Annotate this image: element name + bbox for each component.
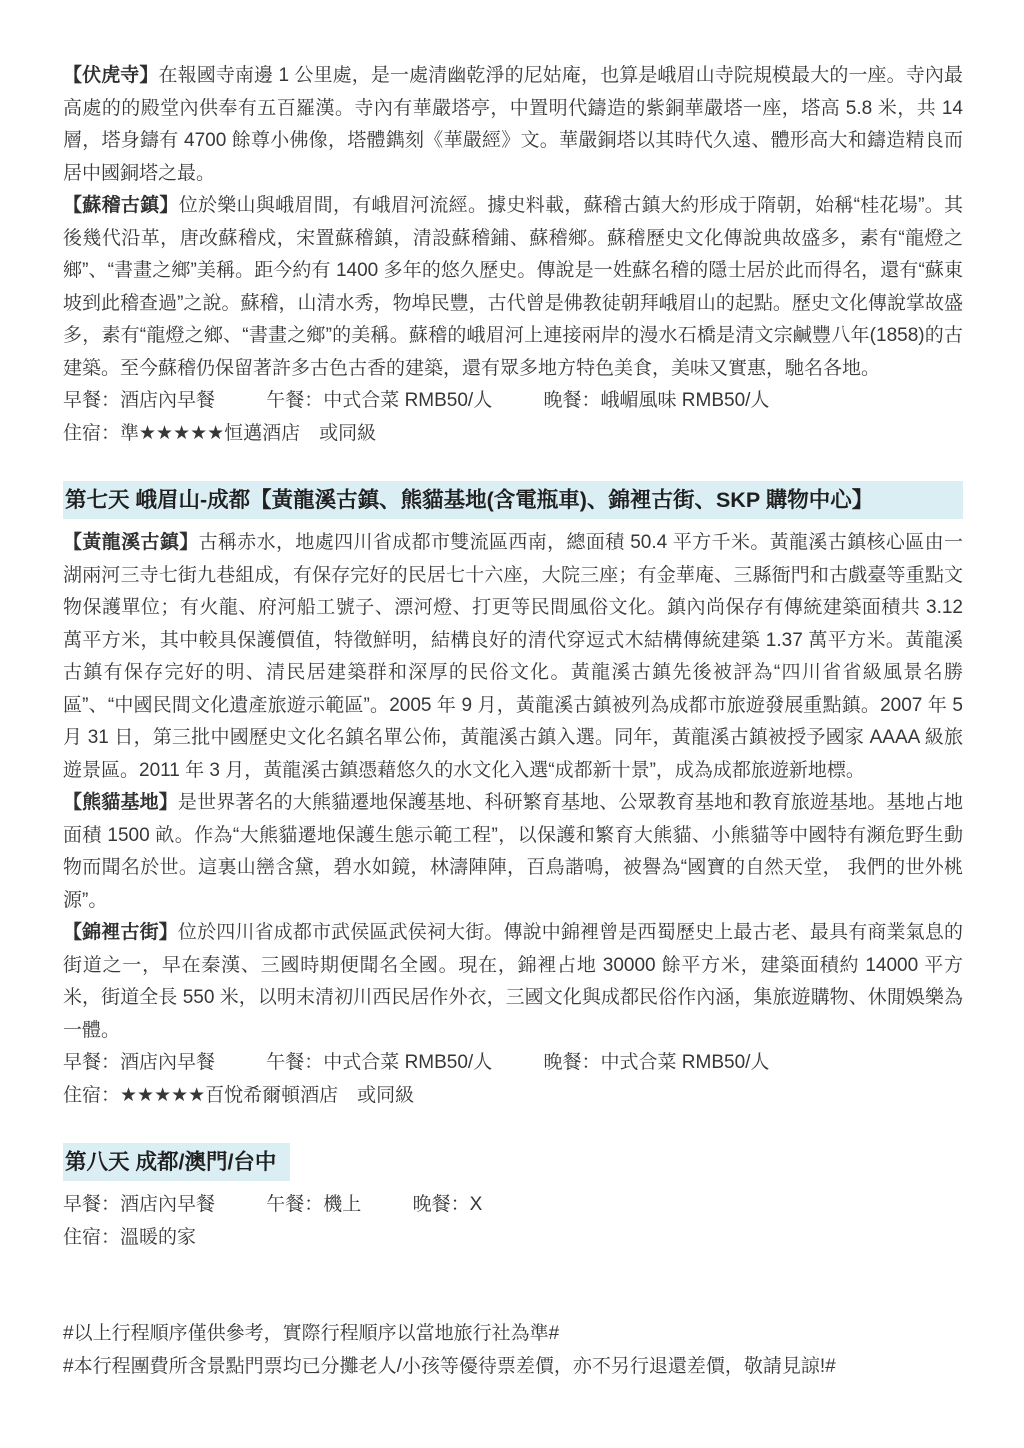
day7-dinner: 晚餐：中式合菜 RMB50/人 <box>544 1052 770 1073</box>
day7-section: 【黃龍溪古鎮】古稱赤水，地處四川省成都市雙流區西南，總面積 50.4 平方千米。… <box>63 527 963 1112</box>
day6-meals-line: 早餐：酒店內早餐 午餐：中式合菜 RMB50/人 晚餐：峨嵋風味 RMB50/人 <box>63 385 963 418</box>
jinli-street-paragraph: 【錦裡古街】位於四川省成都市武侯區武侯祠大街。傳說中錦裡曾是西蜀歷史上最古老、最… <box>63 917 963 1047</box>
day6-dinner: 晚餐：峨嵋風味 RMB50/人 <box>544 390 770 411</box>
panda-base-paragraph: 【熊貓基地】是世界著名的大熊貓遷地保護基地、科研繁育基地、公眾教育基地和教育旅遊… <box>63 787 963 917</box>
huanglongxi-body: 古稱赤水，地處四川省成都市雙流區西南，總面積 50.4 平方千米。黃龍溪古鎮核心… <box>63 532 963 781</box>
day8-breakfast: 早餐：酒店內早餐 <box>63 1194 215 1215</box>
huanglongxi-paragraph: 【黃龍溪古鎮】古稱赤水，地處四川省成都市雙流區西南，總面積 50.4 平方千米。… <box>63 527 963 787</box>
panda-base-body: 是世界著名的大熊貓遷地保護基地、科研繁育基地、公眾教育基地和教育旅遊基地。基地占… <box>63 792 963 911</box>
day6-lunch: 午餐：中式合菜 RMB50/人 <box>266 390 492 411</box>
day8-dinner: 晚餐：X <box>413 1194 483 1215</box>
huanglongxi-title: 【黃龍溪古鎮】 <box>63 532 199 553</box>
panda-base-title: 【熊貓基地】 <box>63 792 178 813</box>
day8-title: 第八天 成都/澳門/台中 <box>63 1143 963 1181</box>
itinerary-document-page: 【伏虎寺】在報國寺南邊 1 公里處，是一處清幽乾淨的尼姑庵，也算是峨眉山寺院規模… <box>0 0 1024 1448</box>
day7-title-text: 第七天 峨眉山-成都【黃龍溪古鎮、熊貓基地(含電瓶車)、錦裡古街、SKP 購物中… <box>65 488 873 512</box>
day8-lodging: 住宿：溫暖的家 <box>63 1222 963 1255</box>
footer-note-tickets: #本行程團費所含景點門票均已分攤老人/小孩等優待票差價，亦不另行退還差價，敬請見… <box>63 1351 963 1384</box>
fuhu-temple-title: 【伏虎寺】 <box>63 65 159 86</box>
day7-title: 第七天 峨眉山-成都【黃龍溪古鎮、熊貓基地(含電瓶車)、錦裡古街、SKP 購物中… <box>63 481 963 519</box>
suji-town-body: 位於樂山與峨眉間，有峨眉河流經。據史料載，蘇稽古鎮大約形成于隋朝，始稱“桂花場”… <box>63 195 963 379</box>
fuhu-temple-body: 在報國寺南邊 1 公里處，是一處清幽乾淨的尼姑庵，也算是峨眉山寺院規模最大的一座… <box>63 65 963 184</box>
day7-lunch: 午餐：中式合菜 RMB50/人 <box>266 1052 492 1073</box>
day8-title-band: 第八天 成都/澳門/台中 <box>63 1143 290 1181</box>
footer-notes: #以上行程順序僅供參考，實際行程順序以當地旅行社為準# #本行程團費所含景點門票… <box>63 1318 963 1383</box>
day7-meals-line: 早餐：酒店內早餐 午餐：中式合菜 RMB50/人 晚餐：中式合菜 RMB50/人 <box>63 1047 963 1080</box>
day8-lunch: 午餐：機上 <box>266 1194 361 1215</box>
jinli-street-title: 【錦裡古街】 <box>63 922 178 943</box>
day8-meals-line: 早餐：酒店內早餐 午餐：機上 晚餐：X <box>63 1189 963 1222</box>
fuhu-temple-paragraph: 【伏虎寺】在報國寺南邊 1 公里處，是一處清幽乾淨的尼姑庵，也算是峨眉山寺院規模… <box>63 60 963 190</box>
footer-note-order: #以上行程順序僅供參考，實際行程順序以當地旅行社為準# <box>63 1318 963 1351</box>
suji-town-title: 【蘇稽古鎮】 <box>63 195 179 216</box>
suji-town-paragraph: 【蘇稽古鎮】位於樂山與峨眉間，有峨眉河流經。據史料載，蘇稽古鎮大約形成于隋朝，始… <box>63 190 963 385</box>
day8-title-text: 第八天 成都/澳門/台中 <box>65 1150 276 1174</box>
day7-lodging: 住宿：★★★★★百悅希爾頓酒店 或同級 <box>63 1080 963 1113</box>
day7-breakfast: 早餐：酒店內早餐 <box>63 1052 215 1073</box>
day8-section: 早餐：酒店內早餐 午餐：機上 晚餐：X 住宿：溫暖的家 <box>63 1189 963 1254</box>
day6-section: 【伏虎寺】在報國寺南邊 1 公里處，是一處清幽乾淨的尼姑庵，也算是峨眉山寺院規模… <box>63 60 963 450</box>
day6-lodging: 住宿：準★★★★★恒邁酒店 或同級 <box>63 418 963 451</box>
day6-breakfast: 早餐：酒店內早餐 <box>63 390 215 411</box>
jinli-street-body: 位於四川省成都市武侯區武侯祠大街。傳說中錦裡曾是西蜀歷史上最古老、最具有商業氣息… <box>63 922 963 1041</box>
